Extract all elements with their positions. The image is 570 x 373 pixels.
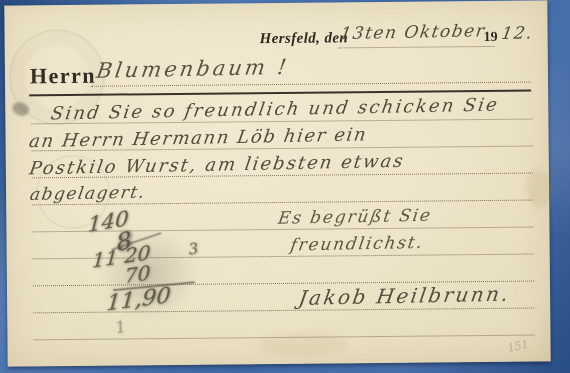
handwritten-year: 12. bbox=[500, 23, 535, 44]
scanned-postcard-page: { "postcard": { "printed": { "dateline_l… bbox=[0, 0, 570, 373]
date-ruling-line bbox=[339, 46, 495, 48]
printed-year-prefix: 19 bbox=[484, 30, 498, 46]
pencil-faint-digit: 1 bbox=[114, 317, 127, 338]
handwritten-date: 13ten Oktober bbox=[339, 21, 487, 44]
handwritten-signature: Jakob Heilbrunn. bbox=[297, 282, 512, 310]
printed-place-date-label: Hersfeld, den bbox=[260, 30, 349, 48]
handwritten-recipient: Blumenbaum ! bbox=[95, 55, 291, 83]
pencil-side-mark: 3 bbox=[188, 239, 200, 258]
pencil-amount-3: 70 bbox=[124, 261, 150, 289]
salutation-ruling-line bbox=[91, 82, 531, 87]
printed-salutation-label: Herrn bbox=[30, 63, 96, 90]
postcard: Hersfeld, den 13ten Oktober 19 12. Herrn… bbox=[4, 0, 550, 366]
paper-stain bbox=[526, 168, 552, 208]
handwritten-body-line-4: abgelagert. bbox=[28, 183, 147, 205]
pencil-corner-number: 151 bbox=[506, 338, 529, 355]
handwritten-closing-line-1: Es begrüßt Sie bbox=[277, 206, 434, 229]
handwritten-closing-line-2: freundlichst. bbox=[289, 233, 425, 256]
